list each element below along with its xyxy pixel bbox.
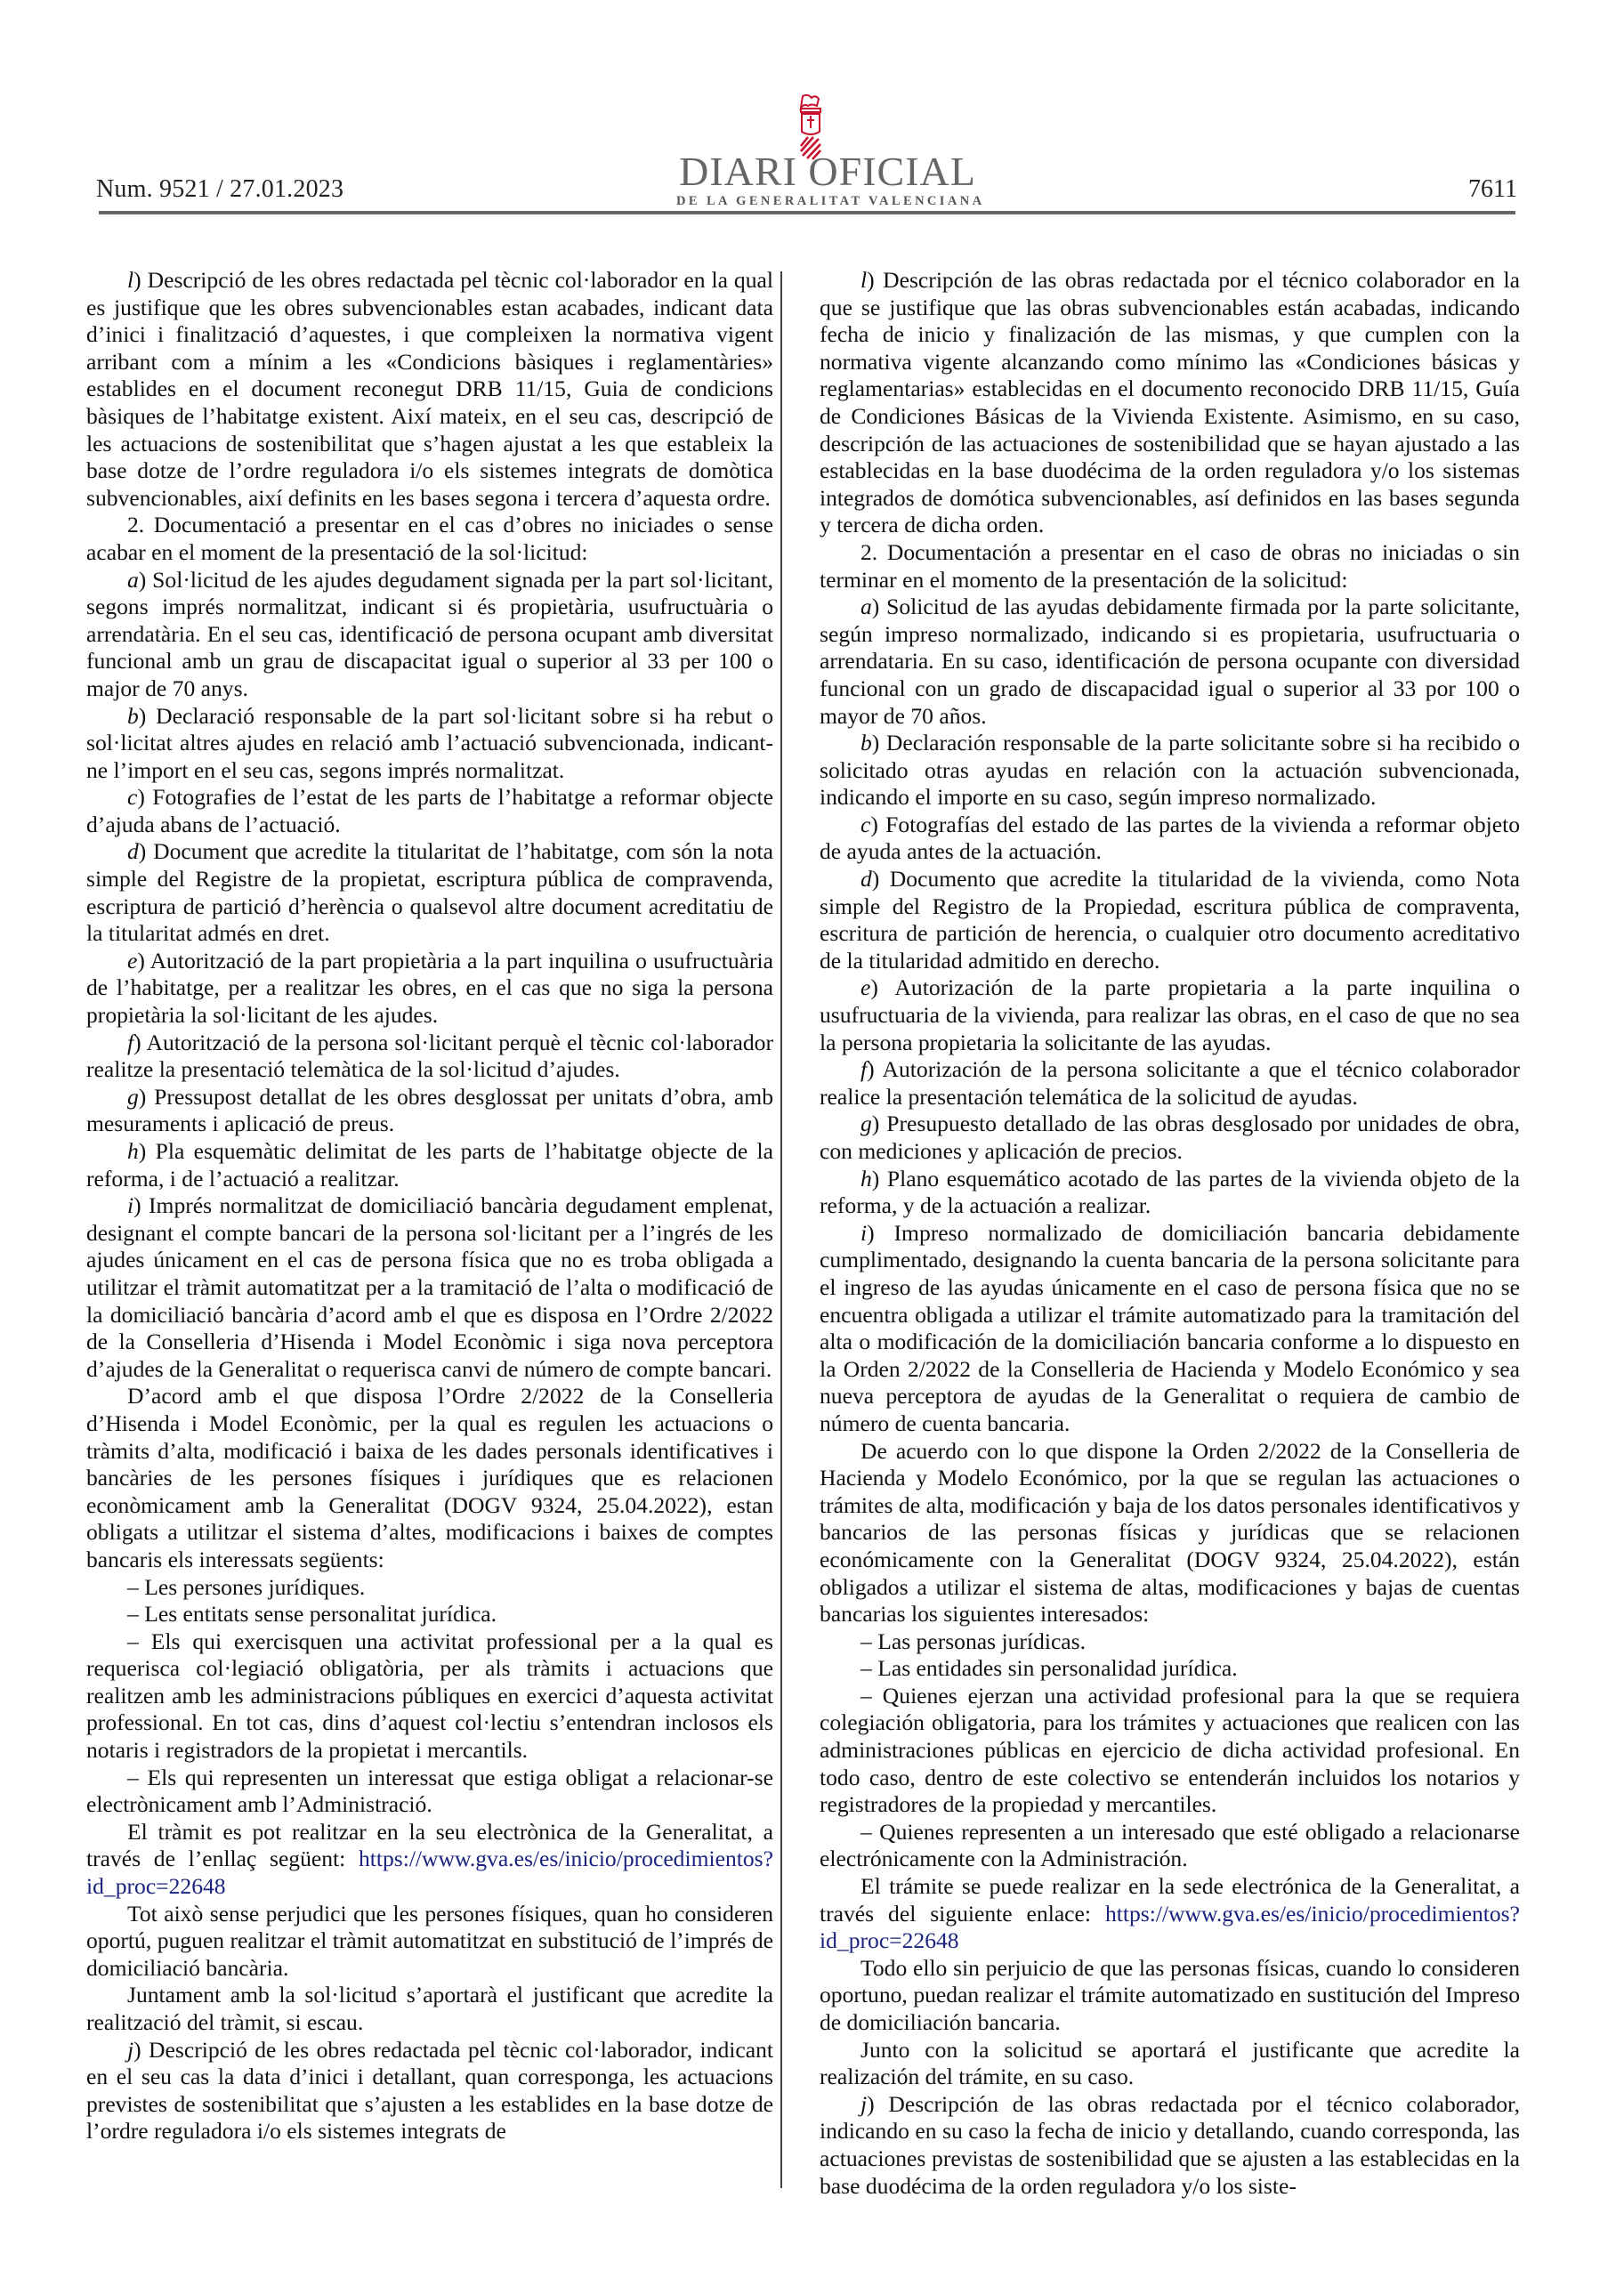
item-label: d xyxy=(860,866,872,892)
item-label: b xyxy=(127,703,139,729)
paragraph-text: ) Pla esquemàtic delimitat de les parts … xyxy=(86,1138,773,1192)
paragraph-text: D’acord amb el que disposa l’Ordre 2/202… xyxy=(86,1383,773,1572)
paragraph: 2. Documentació a presentar en el cas d’… xyxy=(86,512,773,566)
page-number: 7611 xyxy=(1468,175,1517,204)
issue-number-date: Num. 9521 / 27.01.2023 xyxy=(96,175,343,204)
paragraph: – Quienes ejerzan una actividad profesio… xyxy=(820,1683,1520,1819)
paragraph-text: – Las entidades sin personalidad jurídic… xyxy=(860,1655,1238,1681)
list-item-c: c) Fotografías del estado de las partes … xyxy=(820,812,1520,866)
paragraph: – Les persones jurídiques. xyxy=(86,1574,773,1602)
link-paragraph: El tràmit es pot realitzar en la seu ele… xyxy=(86,1819,773,1901)
paragraph: Junto con la solicitud se aportará el ju… xyxy=(820,2037,1520,2091)
paragraph-text: ) Fotografies de l’estat de les parts de… xyxy=(86,784,773,837)
item-label: h xyxy=(127,1138,139,1164)
paragraph: – Els qui representen un interessat que … xyxy=(86,1765,773,1819)
paragraph-text: – Les persones jurídiques. xyxy=(127,1574,365,1600)
header-divider xyxy=(99,211,1515,214)
paragraph-text: ) Descripció de les obres redactada pel … xyxy=(86,2037,773,2145)
paragraph-text: ) Solicitud de las ayudas debidamente fi… xyxy=(820,594,1520,728)
paragraph-text: ) Sol·licitud de les ajudes degudament s… xyxy=(86,567,773,701)
list-item-h: h) Pla esquemàtic delimitat de les parts… xyxy=(86,1138,773,1192)
list-item-b: b) Declaració responsable de la part sol… xyxy=(86,703,773,785)
masthead-subtitle: DE LA GENERALITAT VALENCIANA xyxy=(676,194,979,209)
paragraph-text: – Els qui representen un interessat que … xyxy=(86,1765,773,1818)
item-label: c xyxy=(127,784,137,810)
paragraph-text: ) Declaración responsable de la parte so… xyxy=(820,730,1520,810)
left-column-valencian: l) Descripció de les obres redactada pel… xyxy=(86,267,773,2145)
paragraph: 2. Documentación a presentar en el caso … xyxy=(820,539,1520,594)
paragraph: – Els qui exercisquen una activitat prof… xyxy=(86,1628,773,1765)
paragraph-text: ) Document que acredite la titularitat d… xyxy=(86,838,773,946)
item-label: a xyxy=(860,594,872,619)
paragraph-text: Todo ello sin perjuicio de que las perso… xyxy=(820,1955,1520,2035)
item-label: e xyxy=(860,974,870,1000)
paragraph-text: ) Declaració responsable de la part sol·… xyxy=(86,703,773,783)
paragraph: D’acord amb el que disposa l’Ordre 2/202… xyxy=(86,1383,773,1573)
list-item-g: g) Presupuesto detallado de las obras de… xyxy=(820,1111,1520,1165)
item-label: h xyxy=(860,1166,872,1192)
paragraph: – Quienes representen a un interesado qu… xyxy=(820,1819,1520,1873)
paragraph-text: ) Autorització de la persona sol·licitan… xyxy=(86,1030,773,1083)
paragraph: Todo ello sin perjuicio de que las perso… xyxy=(820,1955,1520,2037)
paragraph-text: ) Autorización de la persona solicitante… xyxy=(820,1056,1520,1110)
paragraph: Juntament amb la sol·licitud s’aportarà … xyxy=(86,1982,773,2036)
list-item-j: j) Descripción de las obras redactada po… xyxy=(820,2091,1520,2200)
paragraph: De acuerdo con lo que dispone la Orden 2… xyxy=(820,1438,1520,1628)
right-column-spanish: l) Descripción de las obras redactada po… xyxy=(820,267,1520,2200)
list-item-g: g) Pressupost detallat de les obres desg… xyxy=(86,1084,773,1138)
list-item-a: a) Solicitud de las ayudas debidamente f… xyxy=(820,594,1520,730)
masthead: DIARI OFICIAL DE LA GENERALITAT VALENCIA… xyxy=(676,151,979,209)
paragraph-text: – Els qui exercisquen una activitat prof… xyxy=(86,1628,773,1763)
link-paragraph: El trámite se puede realizar en la sede … xyxy=(820,1873,1520,1955)
list-item-i: i) Imprés normalitzat de domiciliació ba… xyxy=(86,1192,773,1383)
paragraph-text: Junto con la solicitud se aportará el ju… xyxy=(820,2037,1520,2090)
list-item-e: e) Autorización de la parte propietaria … xyxy=(820,974,1520,1056)
paragraph-text: ) Autorització de la part propietària a … xyxy=(86,948,773,1028)
paragraph-text: – Les entitats sense personalitat jurídi… xyxy=(127,1601,497,1627)
list-item-d: d) Document que acredite la titularitat … xyxy=(86,838,773,947)
paragraph-text: ) Pressupost detallat de les obres desgl… xyxy=(86,1084,773,1137)
list-item-i: i) Impreso normalizado de domiciliación … xyxy=(820,1220,1520,1438)
paragraph: Tot això sense perjudici que les persone… xyxy=(86,1901,773,1983)
paragraph-text: – Quienes representen a un interesado qu… xyxy=(820,1819,1520,1872)
item-label: g xyxy=(127,1084,139,1110)
item-label: g xyxy=(860,1111,872,1136)
paragraph-text: – Las personas jurídicas. xyxy=(860,1628,1086,1654)
paragraph-text: ) Descripción de las obras redactada por… xyxy=(820,267,1520,537)
paragraph-text: ) Plano esquemático acotado de las parte… xyxy=(820,1166,1520,1219)
paragraph-text: ) Presupuesto detallado de las obras des… xyxy=(820,1111,1520,1164)
paragraph-text: 2. Documentación a presentar en el caso … xyxy=(820,539,1520,593)
list-item-d: d) Documento que acredite la titularidad… xyxy=(820,866,1520,974)
list-item-c: c) Fotografies de l’estat de les parts d… xyxy=(86,784,773,838)
paragraph-text: ) Autorización de la parte propietaria a… xyxy=(820,974,1520,1054)
item-label: d xyxy=(127,838,139,864)
masthead-title: DIARI OFICIAL xyxy=(676,151,979,192)
item-label: c xyxy=(860,812,870,837)
paragraph: – Las entidades sin personalidad jurídic… xyxy=(820,1655,1520,1683)
list-item-l: l) Descripció de les obres redactada pel… xyxy=(86,267,773,512)
list-item-f: f) Autorització de la persona sol·licita… xyxy=(86,1030,773,1084)
list-item-a: a) Sol·licitud de les ajudes degudament … xyxy=(86,567,773,703)
paragraph-text: ) Descripción de las obras redactada por… xyxy=(820,2091,1520,2199)
list-item-e: e) Autorització de la part propietària a… xyxy=(86,948,773,1030)
paragraph-text: ) Documento que acredite la titularidad … xyxy=(820,866,1520,973)
list-item-h: h) Plano esquemático acotado de las part… xyxy=(820,1166,1520,1220)
paragraph-text: ) Impreso normalizado de domiciliación b… xyxy=(820,1220,1520,1436)
paragraph: – Les entitats sense personalitat jurídi… xyxy=(86,1601,773,1628)
paragraph-text: ) Imprés normalitzat de domiciliació ban… xyxy=(86,1192,773,1382)
paragraph-text: – Quienes ejerzan una actividad profesio… xyxy=(820,1683,1520,1817)
list-item-f: f) Autorización de la persona solicitant… xyxy=(820,1056,1520,1111)
list-item-l: l) Descripción de las obras redactada po… xyxy=(820,267,1520,539)
paragraph-text: De acuerdo con lo que dispone la Orden 2… xyxy=(820,1438,1520,1628)
paragraph-text: 2. Documentació a presentar en el cas d’… xyxy=(86,512,773,565)
column-divider xyxy=(780,271,782,2188)
paragraph-text: Juntament amb la sol·licitud s’aportarà … xyxy=(86,1982,773,2035)
paragraph-text: ) Fotografías del estado de las partes d… xyxy=(820,812,1520,865)
list-item-b: b) Declaración responsable de la parte s… xyxy=(820,730,1520,812)
item-label: a xyxy=(127,567,139,593)
list-item-j: j) Descripció de les obres redactada pel… xyxy=(86,2037,773,2145)
paragraph: – Las personas jurídicas. xyxy=(820,1628,1520,1656)
paragraph-text: Tot això sense perjudici que les persone… xyxy=(86,1901,773,1981)
item-label: b xyxy=(860,730,872,755)
paragraph-text: ) Descripció de les obres redactada pel … xyxy=(86,267,773,511)
item-label: e xyxy=(127,948,137,973)
